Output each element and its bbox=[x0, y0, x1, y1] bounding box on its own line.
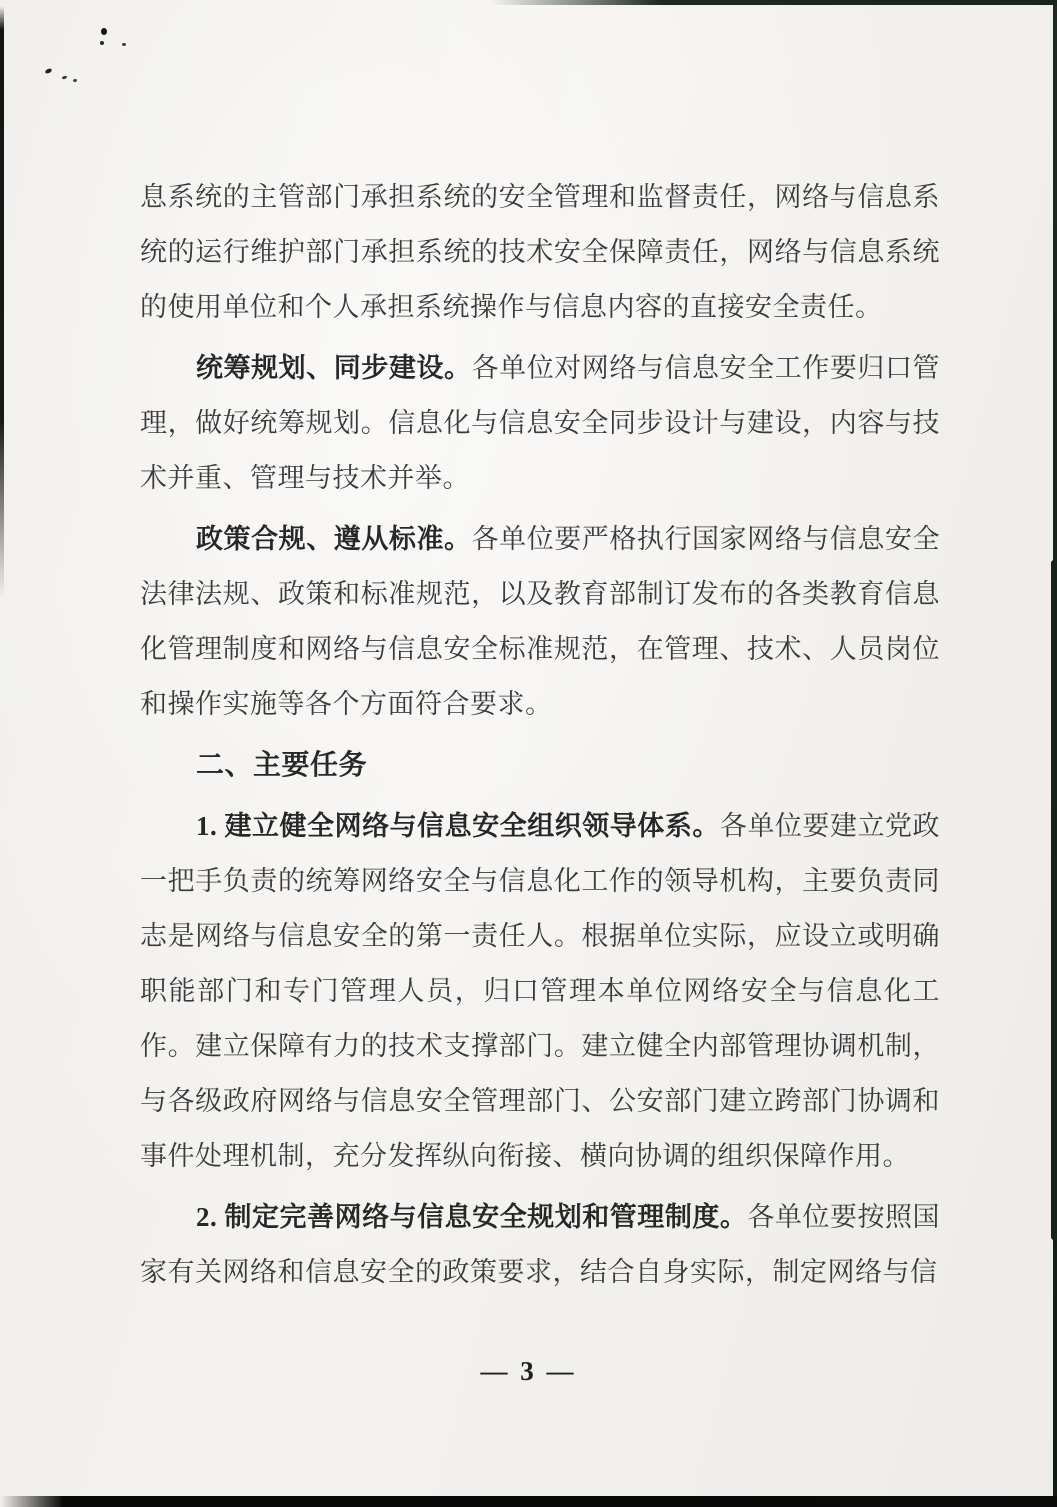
paragraph-text: 各单位要建立党政一把手负责的统筹网络安全与信息化工作的领导机构，主要负责同志是网… bbox=[140, 811, 940, 1171]
paragraph-policy-compliance: 政策合规、遵从标准。各单位要严格执行国家网络与信息安全法律法规、政策和标准规范，… bbox=[140, 512, 940, 732]
paragraph-bold-lead: 统筹规划、同步建设。 bbox=[196, 353, 472, 383]
paragraph-bold-lead: 1. 建立健全网络与信息安全组织领导体系。 bbox=[196, 811, 720, 841]
scan-edge-right-shadow bbox=[1051, 560, 1057, 1240]
paragraph-task-1: 1. 建立健全网络与信息安全组织领导体系。各单位要建立党政一把手负责的统筹网络安… bbox=[140, 799, 940, 1184]
page-number: — 3 — bbox=[0, 1350, 1057, 1392]
ink-speck bbox=[44, 68, 52, 75]
ink-speck bbox=[100, 41, 104, 45]
section-heading-main-tasks: 二、主要任务 bbox=[140, 738, 940, 793]
ink-speck bbox=[73, 79, 78, 83]
document-body: 息系统的主管部门承担系统的安全管理和监督责任，网络与信息系统的运行维护部门承担系… bbox=[140, 170, 940, 1306]
ink-speck bbox=[62, 75, 68, 80]
paragraph-task-2: 2. 制定完善网络与信息安全规划和管理制度。各单位要按照国家有关网络和信息安全的… bbox=[140, 1190, 940, 1300]
paragraph-responsibility-continuation: 息系统的主管部门承担系统的安全管理和监督责任，网络与信息系统的运行维护部门承担系… bbox=[140, 170, 940, 335]
scan-edge-top bbox=[490, 0, 1057, 5]
ink-speck bbox=[101, 28, 107, 35]
page-number-text: — 3 — bbox=[481, 1356, 577, 1386]
paragraph-bold-lead: 政策合规、遵从标准。 bbox=[196, 524, 472, 554]
ink-speck bbox=[122, 43, 126, 46]
paragraph-bold-lead: 2. 制定完善网络与信息安全规划和管理制度。 bbox=[196, 1202, 747, 1232]
paragraph-unified-planning: 统筹规划、同步建设。各单位对网络与信息安全工作要归口管理，做好统筹规划。信息化与… bbox=[140, 341, 940, 506]
scan-edge-left bbox=[0, 6, 4, 598]
scanned-document-page: 息系统的主管部门承担系统的安全管理和监督责任，网络与信息系统的运行维护部门承担系… bbox=[0, 0, 1057, 1507]
paragraph-text: 息系统的主管部门承担系统的安全管理和监督责任，网络与信息系统的运行维护部门承担系… bbox=[140, 182, 940, 322]
scan-edge-bottom bbox=[0, 1496, 1057, 1507]
